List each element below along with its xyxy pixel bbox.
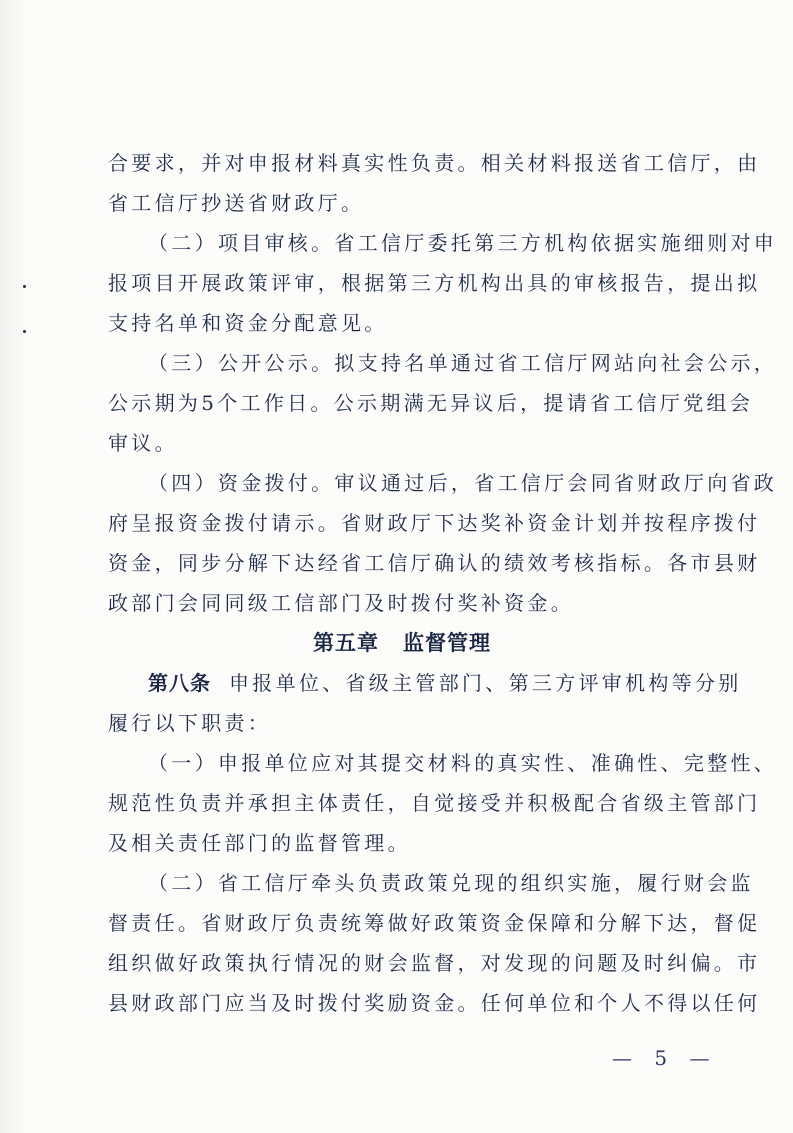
paragraph: （四）资金拨付。审议通过后，省工信厅会同省财政厅向省政 府呈报资金拨付请示。省财… <box>108 463 696 623</box>
paragraph: 合要求，并对申报材料真实性负责。相关材料报送省工信厅，由 省工信厅抄送省财政厅。 <box>108 143 696 223</box>
text-line: 报项目开展政策评审，根据第三方机构出具的审核报告，提出拟 <box>108 263 696 303</box>
text-line: 县财政部门应当及时拨付奖励资金。任何单位和个人不得以任何 <box>108 983 696 1023</box>
text-line: （二）项目审核。省工信厅委托第三方机构依据实施细则对申 <box>108 223 696 263</box>
paragraph: （三）公开公示。拟支持名单通过省工信厅网站向社会公示， 公示期为5个工作日。公示… <box>108 343 696 463</box>
text-line: （四）资金拨付。审议通过后，省工信厅会同省财政厅向省政 <box>108 463 696 503</box>
text-line: 及相关责任部门的监督管理。 <box>108 823 696 863</box>
text-line: （二）省工信厅牵头负责政策兑现的组织实施，履行财会监 <box>108 863 696 903</box>
text-line: 履行以下职责： <box>108 703 696 743</box>
text-line: 府呈报资金拨付请示。省财政厅下达奖补资金计划并按程序拨付 <box>108 503 696 543</box>
text-line: （三）公开公示。拟支持名单通过省工信厅网站向社会公示， <box>108 343 696 383</box>
text-line: 资金，同步分解下达经省工信厅确认的绩效考核指标。各市县财 <box>108 543 696 583</box>
page-number: — 5 — <box>612 1046 717 1070</box>
article-text: 申报单位、省级主管部门、第三方评审机构等分别 <box>229 671 742 695</box>
text-line: 督责任。省财政厅负责统筹做好政策资金保障和分解下达，督促 <box>108 903 696 943</box>
clause: （二）省工信厅牵头负责政策兑现的组织实施，履行财会监 督责任。省财政厅负责统筹做… <box>108 863 696 1023</box>
article-label: 第八条 <box>148 671 211 695</box>
scan-edge-shadow <box>0 0 28 1133</box>
chapter-heading: 第五章监督管理 <box>108 623 696 663</box>
binding-hole-mark <box>23 330 26 333</box>
binding-hole-mark <box>23 285 26 288</box>
text-line: 政部门会同同级工信部门及时拨付奖补资金。 <box>108 583 696 623</box>
text-line: 第八条申报单位、省级主管部门、第三方评审机构等分别 <box>108 663 696 703</box>
text-line: 规范性负责并承担主体责任，自觉接受并积极配合省级主管部门 <box>108 783 696 823</box>
text-line: （一）申报单位应对其提交材料的真实性、准确性、完整性、 <box>108 743 696 783</box>
clause: （一）申报单位应对其提交材料的真实性、准确性、完整性、 规范性负责并承担主体责任… <box>108 743 696 863</box>
chapter-title: 监督管理 <box>403 631 491 655</box>
text-line: 合要求，并对申报材料真实性负责。相关材料报送省工信厅，由 <box>108 143 696 183</box>
chapter-number: 第五章 <box>313 631 379 655</box>
text-line: 组织做好政策执行情况的财会监督，对发现的问题及时纠偏。市 <box>108 943 696 983</box>
text-line: 审议。 <box>108 423 696 463</box>
document-body: 合要求，并对申报材料真实性负责。相关材料报送省工信厅，由 省工信厅抄送省财政厅。… <box>108 143 696 1023</box>
article: 第八条申报单位、省级主管部门、第三方评审机构等分别 履行以下职责： <box>108 663 696 743</box>
paragraph: （二）项目审核。省工信厅委托第三方机构依据实施细则对申 报项目开展政策评审，根据… <box>108 223 696 343</box>
text-line: 省工信厅抄送省财政厅。 <box>108 183 696 223</box>
text-line: 公示期为5个工作日。公示期满无异议后，提请省工信厅党组会 <box>108 383 696 423</box>
text-line: 支持名单和资金分配意见。 <box>108 303 696 343</box>
